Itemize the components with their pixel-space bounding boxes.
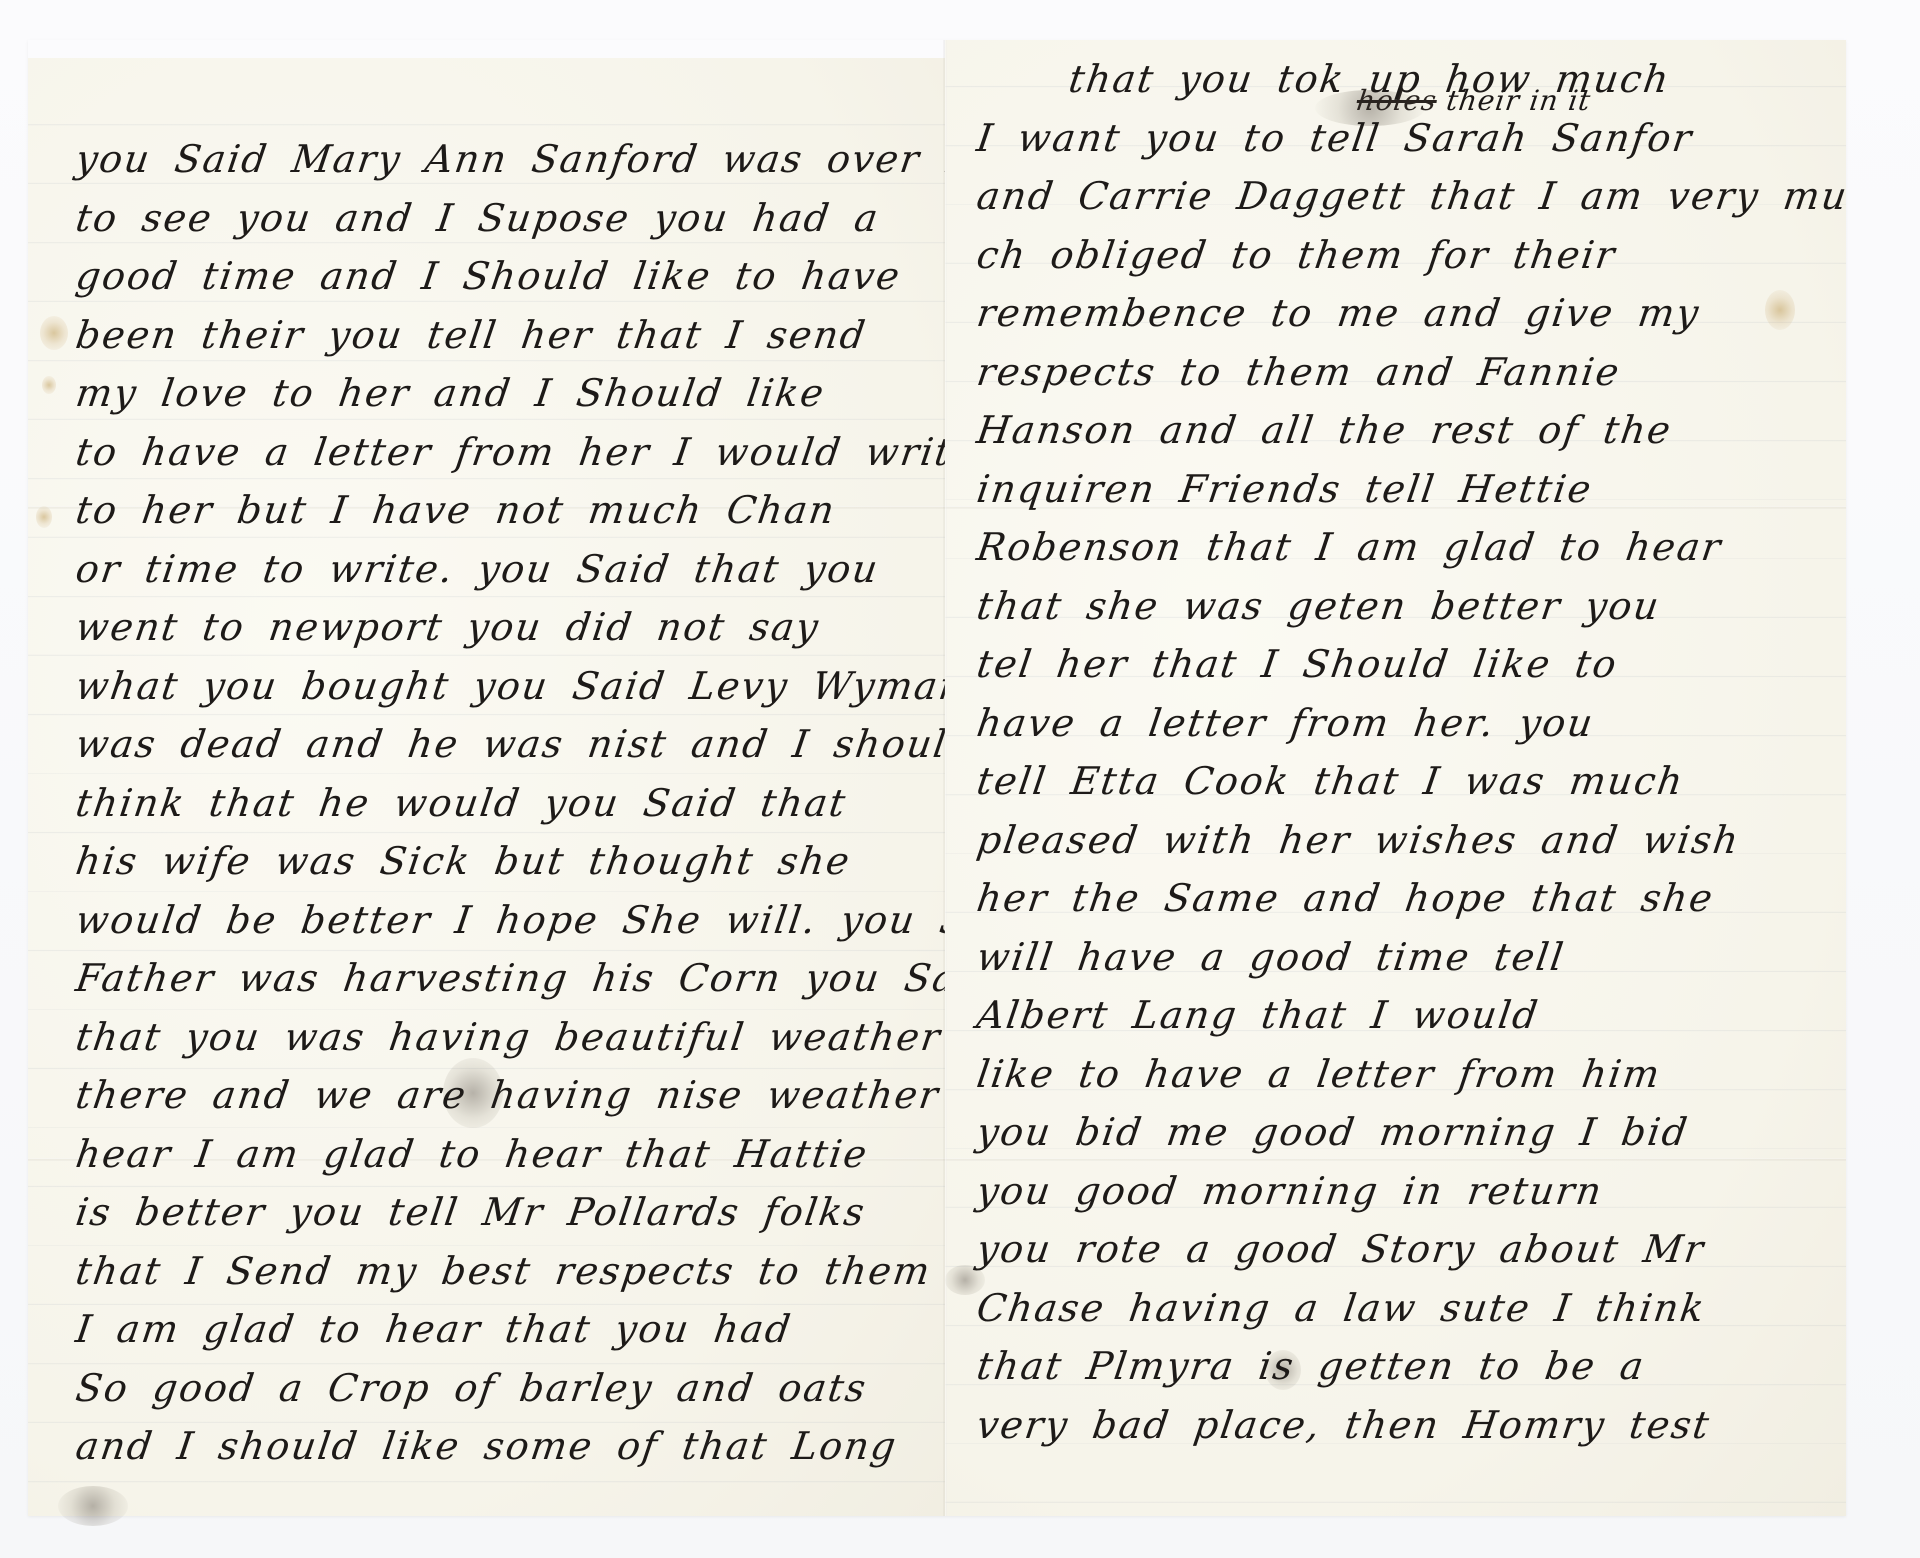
text-line: is better you tell Mr Pollards folks [72,1183,953,1242]
text-line: Hanson and all the rest of the [973,401,1854,460]
left-page: you Said Mary Ann Sanford was over hear … [28,58,945,1516]
text-line: will have a good time tell [973,928,1854,987]
text-line: ch obliged to them for their [973,226,1854,285]
text-line: you bid me good morning I bid [973,1103,1854,1162]
right-page: holes their in it that you tok up how mu… [945,40,1846,1516]
text-line: and Carrie Daggett that I am very mu [973,167,1854,226]
text-line: to have a letter from her I would write [72,423,953,482]
text-line: there and we are having nise weather [72,1066,953,1125]
left-page-text: you Said Mary Ann Sanford was over hear … [28,130,945,1476]
text-line: you Said Mary Ann Sanford was over hear [72,130,953,189]
text-line: tell Etta Cook that I was much [973,752,1854,811]
text-line: pleased with her wishes and wish [973,811,1854,870]
ink-smudge [58,1486,128,1526]
text-line: to her but I have not much Chan [72,481,953,540]
text-line: that you was having beautiful weather [72,1008,953,1067]
text-line: that she was geten better you [973,577,1854,636]
text-line: remembence to me and give my [973,284,1854,343]
text-line: you good morning in return [973,1162,1854,1221]
text-line: Chase having a law sute I think [973,1279,1854,1338]
photo-backdrop: you Said Mary Ann Sanford was over hear … [0,0,1920,1558]
text-line: hear I am glad to hear that Hattie [72,1125,953,1184]
text-line: I am glad to hear that you had [72,1300,953,1359]
text-line: think that he would you Said that [72,774,953,833]
text-line: So good a Crop of barley and oats [72,1359,953,1418]
letter-sheet: you Said Mary Ann Sanford was over hear … [28,40,1846,1516]
text-line: my love to her and I Should like [72,364,953,423]
text-line: her the Same and hope that she [973,869,1854,928]
text-line: I want you to tell Sarah Sanfor [973,109,1854,168]
right-page-text: that you tok up how much I want you to t… [945,50,1846,1454]
text-line: have a letter from her. you [973,694,1854,753]
text-line: been their you tell her that I send [72,306,953,365]
text-line: like to have a letter from him [973,1045,1854,1104]
text-line: that I Send my best respects to them [72,1242,953,1301]
text-line: or time to write. you Said that you [72,540,953,599]
text-line: what you bought you Said Levy Wyman [72,657,953,716]
text-line: inquiren Friends tell Hettie [973,460,1854,519]
text-line: tel her that I Should like to [973,635,1854,694]
text-line: Albert Lang that I would [973,986,1854,1045]
text-line: you rote a good Story about Mr [973,1220,1854,1279]
text-line: would be better I hope She will. you Sai… [72,891,953,950]
text-line: and I should like some of that Long [72,1417,953,1476]
text-line: was dead and he was nist and I should [72,715,953,774]
text-line: went to newport you did not say [72,598,953,657]
center-fold [943,40,947,1516]
text-line: that Plmyra is getten to be a [973,1337,1854,1396]
text-line: that you tok up how much [973,50,1854,109]
text-line: Father was harvesting his Corn you Said [72,949,953,1008]
text-line: respects to them and Fannie [973,343,1854,402]
text-line: to see you and I Supose you had a [72,189,953,248]
text-line: Robenson that I am glad to hear [973,518,1854,577]
text-line: very bad place, then Homry test [973,1396,1854,1455]
text-line: good time and I Should like to have [72,247,953,306]
text-line: his wife was Sick but thought she [72,832,953,891]
